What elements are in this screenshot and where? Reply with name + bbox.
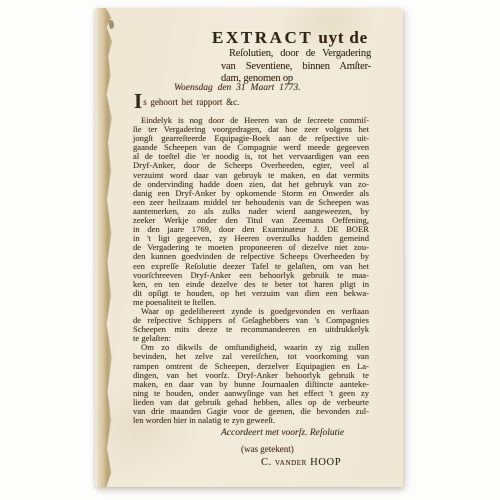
accord-line: Accordeert met voorſz. Reſolutie [221,428,344,438]
signature-line: C. vander HOOP [261,457,341,468]
drop-capital: I [134,89,142,113]
paragraph-1: Eindelyk is nog door de Heeren van de ſe… [133,116,369,307]
document-page: EXTRACTuyt de Reſolutien, door de Vergad… [95,8,403,487]
paragraph-2: Waar op gedelibereert zynde is goedgevon… [133,307,369,343]
document-title: EXTRACTuyt de [212,28,368,48]
paper-blemish [109,20,114,29]
text-line: len worden hier in nalatig te zyn geweeſ… [133,416,369,425]
text-line: van Seventiene, binnen Amſter- [221,61,371,74]
opening-line: Is gehoort het rapport &c. [134,91,239,112]
text-line: Reſolutien, door de Vergadering [221,48,371,61]
was-getekent-line: (was getekent) [241,444,294,454]
document-subtitle: Reſolutien, door de Vergaderingvan Seven… [221,48,371,86]
paragraph-3: Om zo dikwils de omſtandigheid, waarin z… [133,343,369,425]
title-tail: uyt de [318,28,368,47]
title-word-extract: EXTRACT [212,28,313,47]
scan-background: EXTRACTuyt de Reſolutien, door de Vergad… [0,0,500,500]
torn-left-edge [97,8,113,487]
body-text: Eindelyk is nog door de Heeren van de ſe… [133,116,369,425]
opening-text: s gehoort het rapport &c. [143,97,239,107]
